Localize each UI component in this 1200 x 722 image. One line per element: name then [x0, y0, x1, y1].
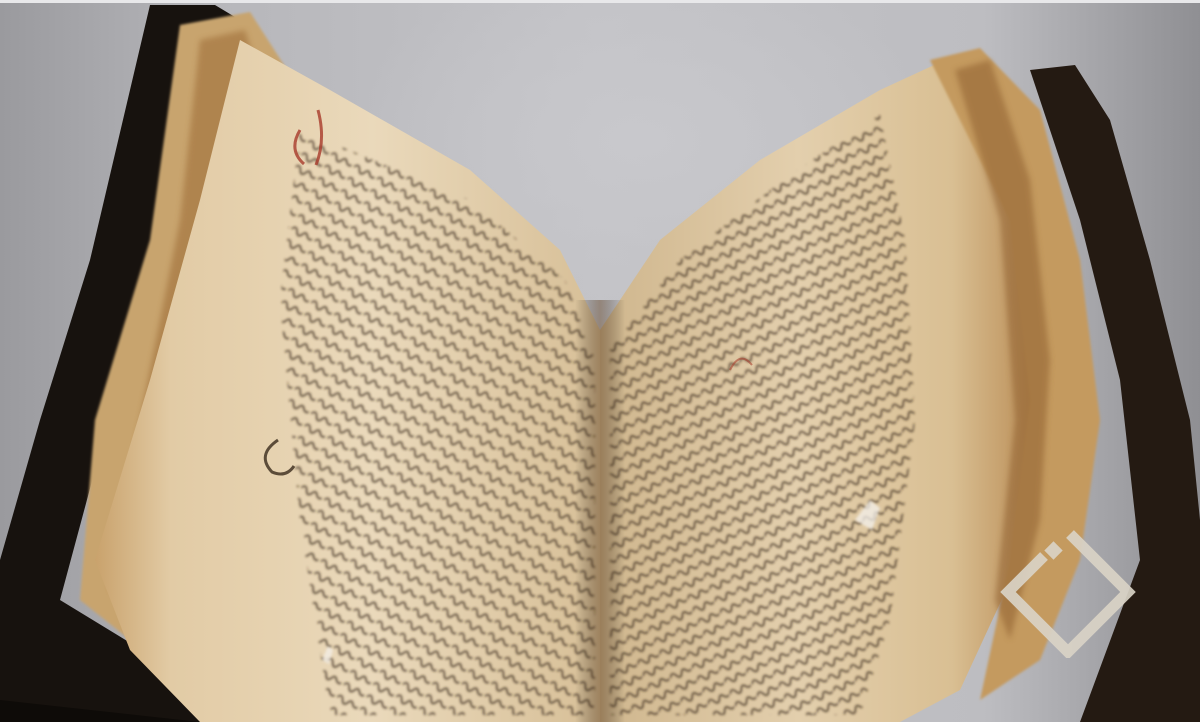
watermark-logo-icon — [1000, 522, 1136, 658]
gutter-shadow — [575, 300, 625, 722]
left-page-script — [280, 130, 595, 715]
manuscript-photo — [0, 0, 1200, 722]
right-page-script — [610, 115, 915, 715]
